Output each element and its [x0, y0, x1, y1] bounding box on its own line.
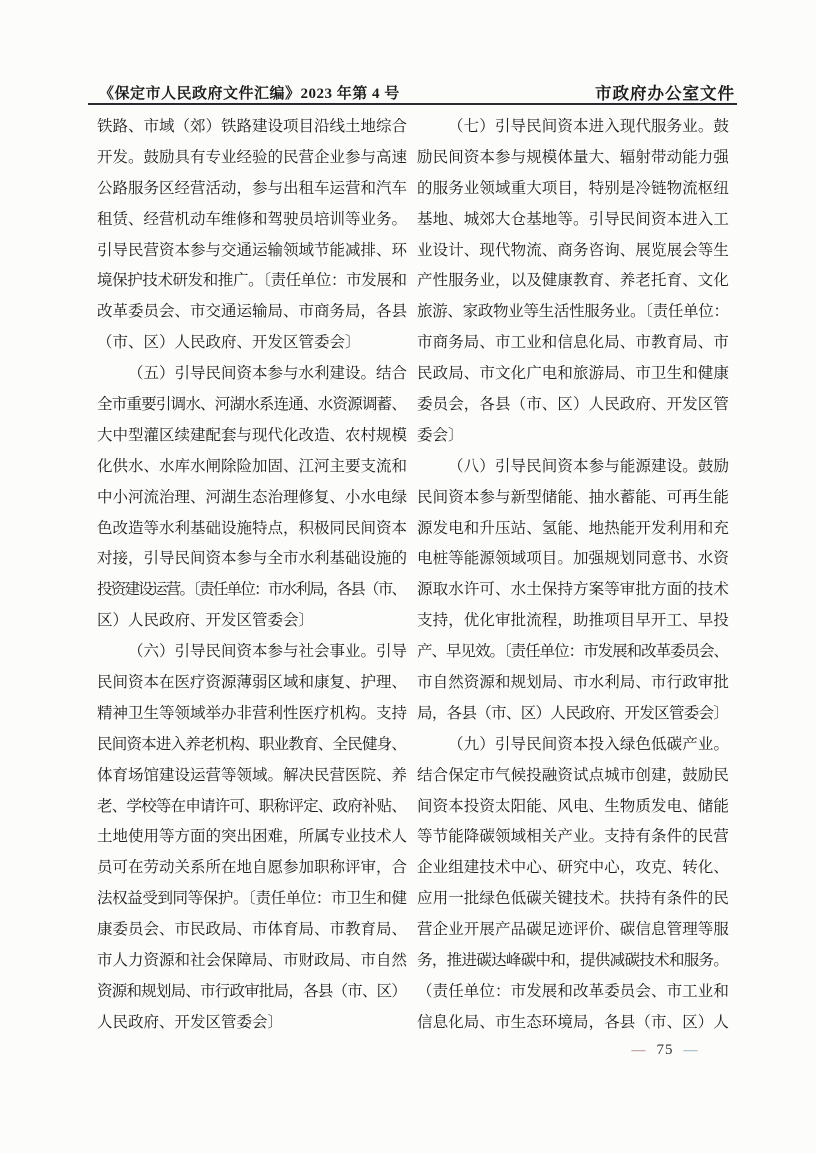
text-line: 法权益受到同等保护。〔责任单位：市卫生和健 — [97, 884, 407, 915]
text-line: 民政局、市文化广电和旅游局、市卫生和健康 — [417, 359, 729, 390]
text-line: 公路服务区经营活动，参与出租车运营和汽车 — [97, 174, 407, 205]
text-line: 民间资本在医疗资源薄弱区域和康复、护理、 — [97, 668, 407, 699]
text-line: 体育场馆建设运营等领域。解决民营医院、养 — [97, 761, 407, 792]
text-line: 结合保定市气候投融资试点城市创建，鼓励民 — [417, 761, 729, 792]
text-line: 改革委员会、市交通运输局、市商务局，各县 — [97, 297, 407, 328]
text-line: （五）引导民间资本参与水利建设。结合 — [97, 359, 407, 390]
text-line: 全市重要引调水、河湖水系连通、水资源调蓄、 — [97, 390, 407, 421]
text-line: 业设计、现代物流、商务咨询、展览展会等生 — [417, 236, 729, 267]
text-line: 的服务业领域重大项目，特别是冷链物流枢纽 — [417, 174, 729, 205]
text-line: 支持，优化审批流程，助推项目早开工、早投 — [417, 606, 729, 637]
right-column: （七）引导民间资本进入现代服务业。鼓 励民间资本参与规模体量大、辐射带动能力强 … — [417, 112, 729, 1039]
text-line: 精神卫生等领域举办非营利性医疗机构。支持 — [97, 699, 407, 730]
text-line: 旅游、家政物业等生活性服务业。〔责任单位： — [417, 297, 729, 328]
text-line: 区）人民政府、开发区管委会〕 — [97, 606, 407, 637]
text-line: 务，推进碳达峰碳中和，提供减碳技术和服务。 — [417, 946, 729, 977]
text-line: 委会〕 — [417, 421, 729, 452]
text-line: （六）引导民间资本参与社会事业。引导 — [97, 637, 407, 668]
text-line: 源发电和升压站、氢能、地热能开发利用和充 — [417, 514, 729, 545]
page-number-dash-right: — — [684, 1043, 699, 1058]
text-line: 大中型灌区续建配套与现代化改造、农村规模 — [97, 421, 407, 452]
text-line: 市人力资源和社会保障局、市财政局、市自然 — [97, 946, 407, 977]
text-line: 源取水许可、水土保持方案等审批方面的技术 — [417, 575, 729, 606]
text-line: 民间资本进入养老机构、职业教育、全民健身、 — [97, 730, 407, 761]
text-line: 开发。鼓励具有专业经验的民营企业参与高速 — [97, 143, 407, 174]
text-line: （市、区）人民政府、开发区管委会〕 — [97, 328, 407, 359]
text-line: 租赁、经营机动车维修和驾驶员培训等业务。 — [97, 205, 407, 236]
text-line: 铁路、市域（郊）铁路建设项目沿线土地综合 — [97, 112, 407, 143]
text-line: 电桩等能源领域项目。加强规划同意书、水资 — [417, 544, 729, 575]
text-line: 委员会，各县（市、区）人民政府、开发区管 — [417, 390, 729, 421]
paragraph-transport-continued: 铁路、市域（郊）铁路建设项目沿线土地综合 开发。鼓励具有专业经验的民营企业参与高… — [97, 112, 407, 359]
text-line: 营企业开展产品碳足迹评价、碳信息管理等服 — [417, 915, 729, 946]
document-page: 《保定市人民政府文件汇编》2023 年第 4 号 市政府办公室文件 铁路、市域（… — [0, 0, 816, 1153]
text-line: 产、早见效。〔责任单位：市发展和改革委员会、 — [417, 637, 729, 668]
text-line: 企业组建技术中心、研究中心，攻克、转化、 — [417, 853, 729, 884]
text-line: 色改造等水利基础设施特点，积极同民间资本 — [97, 514, 407, 545]
text-line: 对接，引导民间资本参与全市水利基础设施的 — [97, 544, 407, 575]
text-line: 基地、城郊大仓基地等。引导民间资本进入工 — [417, 205, 729, 236]
header-divider — [88, 103, 737, 105]
left-column: 铁路、市域（郊）铁路建设项目沿线土地综合 开发。鼓励具有专业经验的民营企业参与高… — [97, 112, 407, 1039]
text-line: 人民政府、开发区管委会〕 — [97, 1008, 407, 1039]
page-number-dash-left: — — [632, 1043, 647, 1058]
text-line: （八）引导民间资本参与能源建设。鼓励 — [417, 452, 729, 483]
compilation-title: 《保定市人民政府文件汇编》2023 年第 4 号 — [99, 82, 400, 103]
text-line: 应用一批绿色低碳关键技术。扶持有条件的民 — [417, 884, 729, 915]
text-line: （责任单位：市发展和改革委员会、市工业和 — [417, 977, 729, 1008]
text-line: 境保护技术研发和推广。〔责任单位：市发展和 — [97, 266, 407, 297]
paragraph-item-9-green: （九）引导民间资本投入绿色低碳产业。 结合保定市气候投融资试点城市创建，鼓励民 … — [417, 730, 729, 1039]
text-line: 土地使用等方面的突出困难，所属专业技术人 — [97, 822, 407, 853]
page-number-value: 75 — [657, 1042, 674, 1058]
paragraph-item-7-services: （七）引导民间资本进入现代服务业。鼓 励民间资本参与规模体量大、辐射带动能力强 … — [417, 112, 729, 452]
text-line: （七）引导民间资本进入现代服务业。鼓 — [417, 112, 729, 143]
text-line: 间资本投资太阳能、风电、生物质发电、储能 — [417, 792, 729, 823]
text-line: 民间资本参与新型储能、抽水蓄能、可再生能 — [417, 483, 729, 514]
document-category-label: 市政府办公室文件 — [595, 80, 735, 104]
text-line: 投资建设运营。〔责任单位：市水利局，各县（市、 — [97, 575, 407, 606]
text-line: 中小河流治理、河湖生态治理修复、小水电绿 — [97, 483, 407, 514]
page-number: —75— — [600, 1042, 730, 1059]
paragraph-item-8-energy: （八）引导民间资本参与能源建设。鼓励 民间资本参与新型储能、抽水蓄能、可再生能 … — [417, 452, 729, 730]
text-line: （九）引导民间资本投入绿色低碳产业。 — [417, 730, 729, 761]
text-line: 等节能降碳领域相关产业。支持有条件的民营 — [417, 822, 729, 853]
text-line: 引导民营资本参与交通运输领域节能减排、环 — [97, 236, 407, 267]
text-line: 局，各县（市、区）人民政府、开发区管委会〕 — [417, 699, 729, 730]
text-line: 产性服务业，以及健康教育、养老托育、文化 — [417, 266, 729, 297]
text-line: 励民间资本参与规模体量大、辐射带动能力强 — [417, 143, 729, 174]
paragraph-item-5-water: （五）引导民间资本参与水利建设。结合 全市重要引调水、河湖水系连通、水资源调蓄、… — [97, 359, 407, 637]
text-line: 资源和规划局、市行政审批局，各县（市、区） — [97, 977, 407, 1008]
text-line: 市商务局、市工业和信息化局、市教育局、市 — [417, 328, 729, 359]
text-line: 市自然资源和规划局、市水利局、市行政审批 — [417, 668, 729, 699]
text-line: 信息化局、市生态环境局，各县（市、区）人 — [417, 1008, 729, 1039]
text-line: 老、学校等在申请许可、职称评定、政府补贴、 — [97, 792, 407, 823]
text-line: 康委员会、市民政局、市体育局、市教育局、 — [97, 915, 407, 946]
paragraph-item-6-social: （六）引导民间资本参与社会事业。引导 民间资本在医疗资源薄弱区域和康复、护理、 … — [97, 637, 407, 1039]
text-line: 员可在劳动关系所在地自愿参加职称评审，合 — [97, 853, 407, 884]
text-line: 化供水、水库水闸除险加固、江河主要支流和 — [97, 452, 407, 483]
